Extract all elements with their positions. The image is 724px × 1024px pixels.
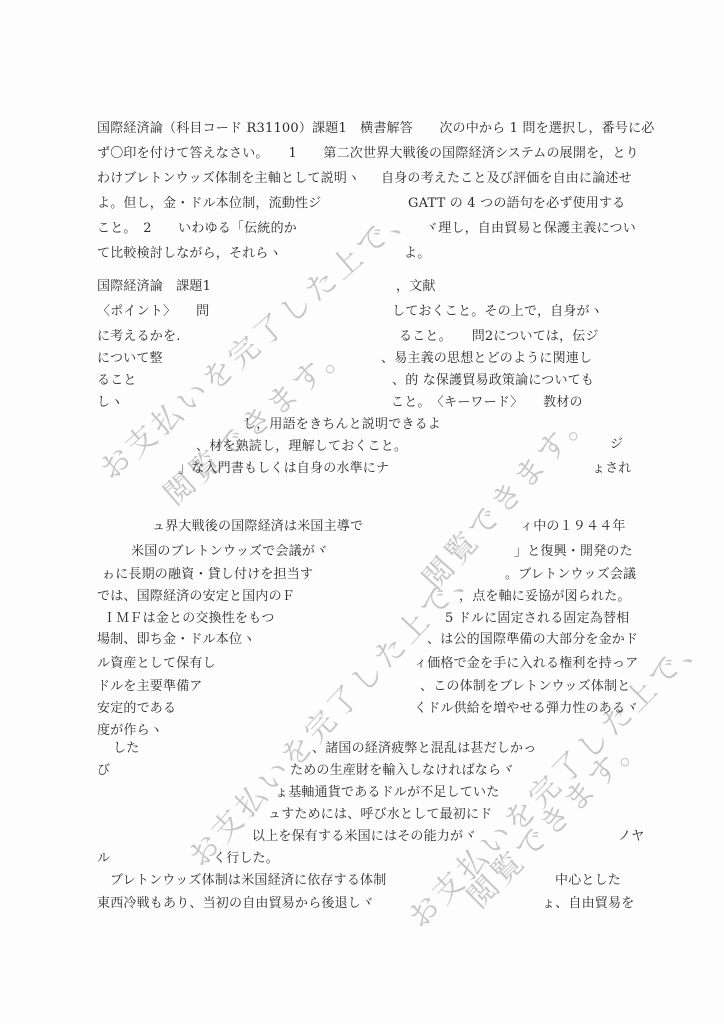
text-fragment: 、諸国の経済疲弊と混乱は甚だしかっ [312,740,536,757]
text-fragment: 自身の考えたこと及び評価を自由に論述せ [381,170,632,187]
text-fragment: ること。 問2については，伝ジ [399,328,599,345]
text-fragment: 場制、即ち金・ドル本位ヽ [97,631,255,648]
text-fragment: ドルを主要準備ア [97,678,203,695]
document-text-layer: 国際経済論（科目コード R31100）課題1 横書解答 次の中から 1 問を選択… [0,0,724,1024]
text-fragment: ，文献 [396,278,436,295]
text-fragment: 。ブレトンウッズ会議 [505,566,636,583]
text-fragment: しておくこと。その上で，自身がヽ [392,303,603,320]
text-fragment: ィ中の１９４４年 [520,518,626,535]
text-fragment: に考えるかを. [97,328,181,345]
text-fragment: 国際経済論 課題1 [97,278,211,295]
text-fragment: ジ [610,436,623,453]
text-fragment: ュ界大戦後の国際経済は米国主導で [152,518,363,535]
text-fragment: 」と復興・開発のた [514,543,633,560]
text-fragment: て比較検討しながら，それらヽ [97,245,282,262]
text-fragment: 」な入門書もしくは自身の水準にナ [178,460,389,477]
text-fragment: よ。 [404,245,430,262]
text-fragment: ヾ理し，自由貿易と保護主義につい [425,220,636,237]
text-fragment: ょされ [592,460,632,477]
text-fragment: しヽ [97,394,123,411]
text-fragment: よ。但し，金・ドル本位制，流動性ジ [97,195,321,212]
text-fragment: こと。 2 いわゆる「伝統的か [97,220,297,237]
text-fragment: ノヤ [618,828,644,845]
text-fragment: ること [97,372,137,389]
text-fragment: GATT の 4 つの語句を必ず使用する [408,195,625,212]
text-fragment: く行した。 [213,850,279,867]
text-fragment: し，用語をきちんと説明できるよ [243,416,441,433]
text-fragment: 米国のブレトンウッズで会議がヾ [131,543,328,560]
text-fragment: 国際経済論（科目コード R31100）課題1 横書解答 次の中から 1 問を選択… [97,120,654,137]
text-fragment: ブレトンウッズ体制は米国経済に依存する体制 [110,872,386,889]
text-fragment: 東西冷戦もあり、当初の自由貿易から後退しヾ [97,895,374,912]
text-fragment: ュすためには、呼び水として最初にド [268,806,492,823]
text-fragment: ル資産として保有し [97,655,216,672]
text-fragment: ための生産財を輸入しなければならヾ [290,762,514,779]
text-fragment: 度が作らヽ [97,722,163,739]
text-fragment: では、国際経済の安定と国内のＦ [97,588,295,605]
text-fragment: 、的 な保護貿易政策論についても [392,372,594,389]
text-fragment: について整 [97,350,163,367]
text-fragment: ，点を軸に妥協が図られた。 [459,588,631,605]
text-fragment: 5 ドルに固定される固定為替相 [445,610,629,627]
text-fragment: 、この体制をブレトンウッズ体制と [420,678,630,695]
text-fragment: 安定的である [97,700,176,717]
text-fragment: ょ基軸通貨であるドルが不足していた [275,784,499,801]
text-fragment: ル [97,850,110,867]
document-page: お支払いを完了した上で、閲覧できます。お支払いを完了した上で、閲覧できます。お支… [0,0,724,1024]
text-fragment: ゎに長期の融資・貸し付けを担当す [102,566,313,583]
text-fragment: わけブレトンウッズ体制を主軸として説明ヽ [97,170,360,187]
text-fragment: した [113,740,139,757]
text-fragment: ょ、自由貿易を [542,895,634,912]
text-fragment: ィ価格で金を手に入れる権利を持っア [414,655,638,672]
text-fragment: 以上を保有する米国にはその能力がヾ [252,828,476,845]
text-fragment: くドル供給を増やせる弾力性のあるヾ [414,700,638,717]
text-fragment: ず〇印を付けて答えなさい。 1 第二次世界大戦後の国際経済システムの展開を，とり [97,145,639,162]
text-fragment: び [97,762,110,779]
text-fragment: 〈ポイント〉 問 [97,303,209,320]
text-fragment: こと。 〈キーワード〉 教材の [391,394,583,411]
text-fragment: ＩＭＦは金との交換性をもつ [103,610,275,627]
text-fragment: 、は公的国際準備の大部分を金かド [427,631,638,648]
text-fragment: 中心とした [555,872,621,889]
text-fragment: 、易主義の思想とどのように関連し [381,350,592,367]
text-fragment: 、材を熟読し，理解しておくこと。 [196,438,407,455]
